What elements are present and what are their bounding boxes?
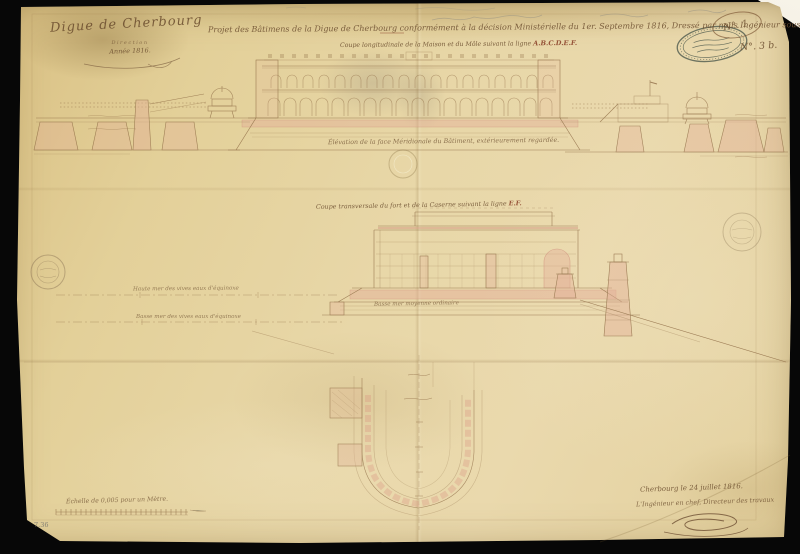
high-water-label: Haute mer des vives eaux d'équinoxe <box>133 286 239 293</box>
low-water-label: Basse mer des vives eaux d'équinoxe <box>136 314 241 320</box>
paper-stain <box>318 48 428 118</box>
section-caption-letters: E.F. <box>509 200 522 207</box>
direction-label: Direction <box>98 40 162 46</box>
paper-stain <box>150 0 770 40</box>
paper-stain <box>480 120 800 480</box>
paper-stain <box>60 400 480 530</box>
circled-number-text: N°. 1. <box>722 17 752 33</box>
fold-crease-horizontal <box>0 187 800 191</box>
fold-crease-horizontal <box>0 359 800 363</box>
paper-stain <box>396 60 446 132</box>
paper-stain <box>230 330 490 470</box>
pencil-reference: 7.36 <box>34 521 48 529</box>
photographed-archival-drawing: Digue de Cherbourg Direction Année 1816.… <box>0 0 800 554</box>
paper-sheet <box>0 0 800 554</box>
fold-crease-vertical <box>415 0 422 554</box>
subtitle-line-letters: A.B.C.D.E.F. <box>533 39 577 47</box>
